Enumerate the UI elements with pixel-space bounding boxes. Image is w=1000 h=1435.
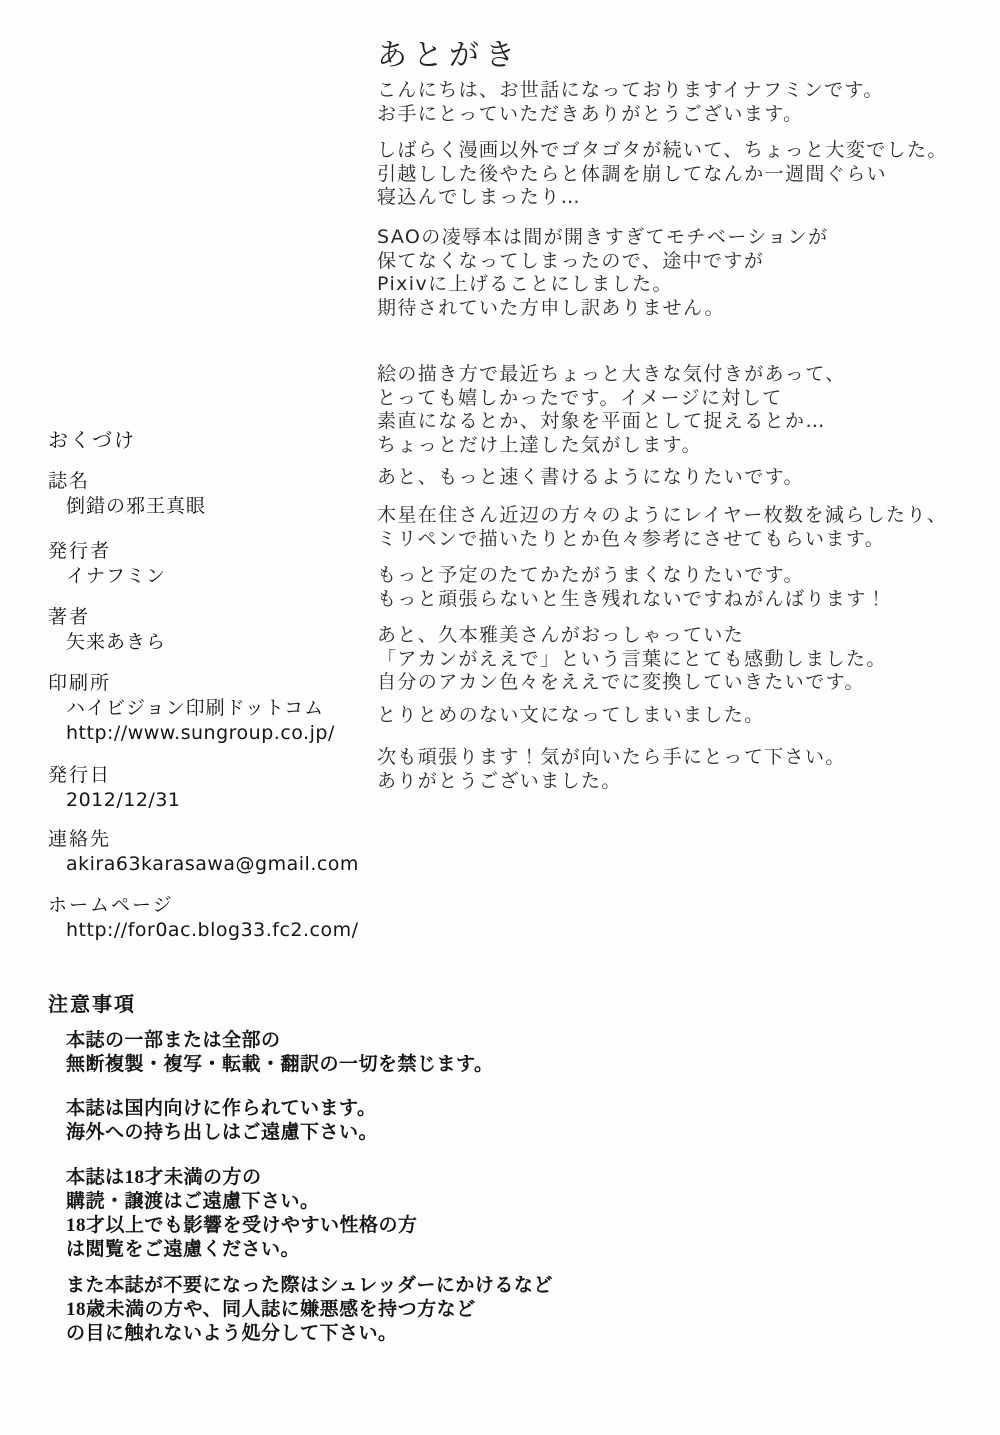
scanned-afterword-page: あとがき こんにちは、お世話になっておりますイナフミンです。 お手にとっていただ… (0, 0, 1000, 1435)
notice-paragraph: 本誌は18才未満の方の 購読・譲渡はご遠慮下さい。 18才以上でも影響を受けやす… (66, 1166, 418, 1262)
notice-line: 18才以上でも影響を受けやすい性格の方 (66, 1214, 418, 1238)
colophon-value: 倒錯の邪王真眼 (66, 494, 206, 519)
colophon-heading: おくづけ (48, 424, 136, 453)
afterword-line: あと、久本雅美さんがおっしゃっていた (377, 624, 887, 648)
colophon-label: 発行日 (48, 764, 181, 788)
colophon-label: 発行者 (48, 540, 166, 564)
afterword-line: ちょっとだけ上達した気がします。 (377, 434, 846, 458)
afterword-line: こんにちは、お世話になっておりますイナフミンです。 (377, 79, 884, 103)
afterword-line: 素直になるとか、対象を平面として捉えるとか… (377, 410, 846, 434)
afterword-title: あとがき (377, 36, 521, 76)
afterword-line: 「アカンがええで」という言葉にとても感動しました。 (377, 648, 887, 672)
afterword-paragraph: こんにちは、お世話になっておりますイナフミンです。 お手にとっていただきありがと… (377, 79, 884, 126)
notice-paragraph: また本誌が不要になった際はシュレッダーにかけるなど 18歳未満の方や、同人誌に嫌… (66, 1274, 553, 1346)
afterword-line: 自分のアカン色々をええでに変換していきたいです。 (377, 671, 887, 695)
colophon-label: 著者 (48, 606, 166, 630)
colophon-entry-publisher: 発行者 イナフミン (48, 540, 166, 589)
afterword-paragraph: しばらく漫画以外でゴタゴタが続いて、ちょっと大変でした。 引越しした後やたらと体… (377, 139, 948, 210)
notice-paragraph: 本誌は国内向けに作られています。 海外への持ち出しはご遠慮下さい。 (66, 1097, 378, 1145)
afterword-paragraph: SAOの凌辱本は間が開きすぎてモチベーションが 保てなくなってしまったので、途中… (377, 226, 828, 320)
notice-line: 購読・譲渡はご遠慮下さい。 (66, 1190, 418, 1214)
colophon-value: ハイビジョン印刷ドットコム (66, 696, 335, 721)
afterword-line: Pixivに上げることにしました。 (377, 273, 828, 297)
afterword-paragraph: 次も頑張ります！気が向いたら手にとって下さい。 ありがとうございました。 (377, 746, 846, 793)
colophon-label: 誌名 (48, 470, 206, 494)
notice-line: 本誌は国内向けに作られています。 (66, 1097, 378, 1121)
notice-paragraph: 本誌の一部または全部の 無断複製・複写・転載・翻訳の一切を禁じます。 (66, 1029, 493, 1077)
afterword-line: とっても嬉しかったです。イメージに対して (377, 387, 846, 411)
colophon-value: 矢来あきら (66, 630, 166, 655)
colophon-label: ホームページ (48, 894, 359, 918)
afterword-paragraph: あと、もっと速く書けるようになりたいです。 (377, 466, 804, 490)
colophon-label: 連絡先 (48, 828, 359, 852)
contact-email: akira63karasawa@gmail.com (66, 852, 359, 877)
notice-line: 無断複製・複写・転載・翻訳の一切を禁じます。 (66, 1053, 493, 1077)
afterword-paragraph: とりとめのない文になってしまいました。 (377, 704, 765, 728)
notice-line: 本誌は18才未満の方の (66, 1166, 418, 1190)
afterword-paragraph: 木星在住さん近辺の方々のようにレイヤー枚数を減らしたり、 ミリペンで描いたりとか… (377, 504, 947, 551)
homepage-url: http://for0ac.blog33.fc2.com/ (66, 918, 359, 943)
afterword-line: ありがとうございました。 (377, 770, 846, 794)
notice-line: は閲覧をご遠慮ください。 (66, 1238, 418, 1262)
afterword-line: 寝込んでしまったり… (377, 186, 948, 210)
afterword-line: もっと予定のたてかたがうまくなりたいです。 (377, 564, 887, 588)
colophon-entry-homepage: ホームページ http://for0ac.blog33.fc2.com/ (48, 894, 359, 943)
notice-line: 本誌の一部または全部の (66, 1029, 493, 1053)
notice-line: 海外への持ち出しはご遠慮下さい。 (66, 1121, 378, 1145)
afterword-paragraph: あと、久本雅美さんがおっしゃっていた 「アカンがええで」という言葉にとても感動し… (377, 624, 887, 695)
afterword-line: 木星在住さん近辺の方々のようにレイヤー枚数を減らしたり、 (377, 504, 947, 528)
colophon-entry-author: 著者 矢来あきら (48, 606, 166, 655)
afterword-line: とりとめのない文になってしまいました。 (377, 704, 765, 728)
notices-heading: 注意事項 (48, 988, 136, 1017)
colophon-label: 印刷所 (48, 672, 335, 696)
notice-line: の目に触れないよう処分して下さい。 (66, 1322, 553, 1346)
colophon-entry-contact: 連絡先 akira63karasawa@gmail.com (48, 828, 359, 877)
notice-line: また本誌が不要になった際はシュレッダーにかけるなど (66, 1274, 553, 1298)
afterword-line: 絵の描き方で最近ちょっと大きな気付きがあって、 (377, 363, 846, 387)
afterword-line: お手にとっていただきありがとうございます。 (377, 103, 884, 127)
afterword-line: SAOの凌辱本は間が開きすぎてモチベーションが (377, 226, 828, 250)
publish-date: 2012/12/31 (66, 788, 181, 813)
afterword-paragraph: もっと予定のたてかたがうまくなりたいです。 もっと頑張らないと生き残れないですね… (377, 564, 887, 611)
colophon-entry-printer: 印刷所 ハイビジョン印刷ドットコム http://www.sungroup.co… (48, 672, 335, 746)
afterword-paragraph: 絵の描き方で最近ちょっと大きな気付きがあって、 とっても嬉しかったです。イメージ… (377, 363, 846, 457)
afterword-line: あと、もっと速く書けるようになりたいです。 (377, 466, 804, 490)
afterword-line: しばらく漫画以外でゴタゴタが続いて、ちょっと大変でした。 (377, 139, 948, 163)
afterword-line: 引越しした後やたらと体調を崩してなんか一週間ぐらい (377, 163, 948, 187)
afterword-line: 保てなくなってしまったので、途中ですが (377, 250, 828, 274)
colophon-value: イナフミン (66, 564, 166, 589)
colophon-entry-publish-date: 発行日 2012/12/31 (48, 764, 181, 813)
afterword-line: 期待されていた方申し訳ありません。 (377, 297, 828, 321)
afterword-line: 次も頑張ります！気が向いたら手にとって下さい。 (377, 746, 846, 770)
colophon-entry-title: 誌名 倒錯の邪王真眼 (48, 470, 206, 519)
afterword-line: ミリペンで描いたりとか色々参考にさせてもらいます。 (377, 528, 947, 552)
notice-line: 18歳未満の方や、同人誌に嫌悪感を持つ方など (66, 1298, 553, 1322)
printer-url: http://www.sungroup.co.jp/ (66, 721, 335, 746)
afterword-line: もっと頑張らないと生き残れないですねがんばります！ (377, 588, 887, 612)
